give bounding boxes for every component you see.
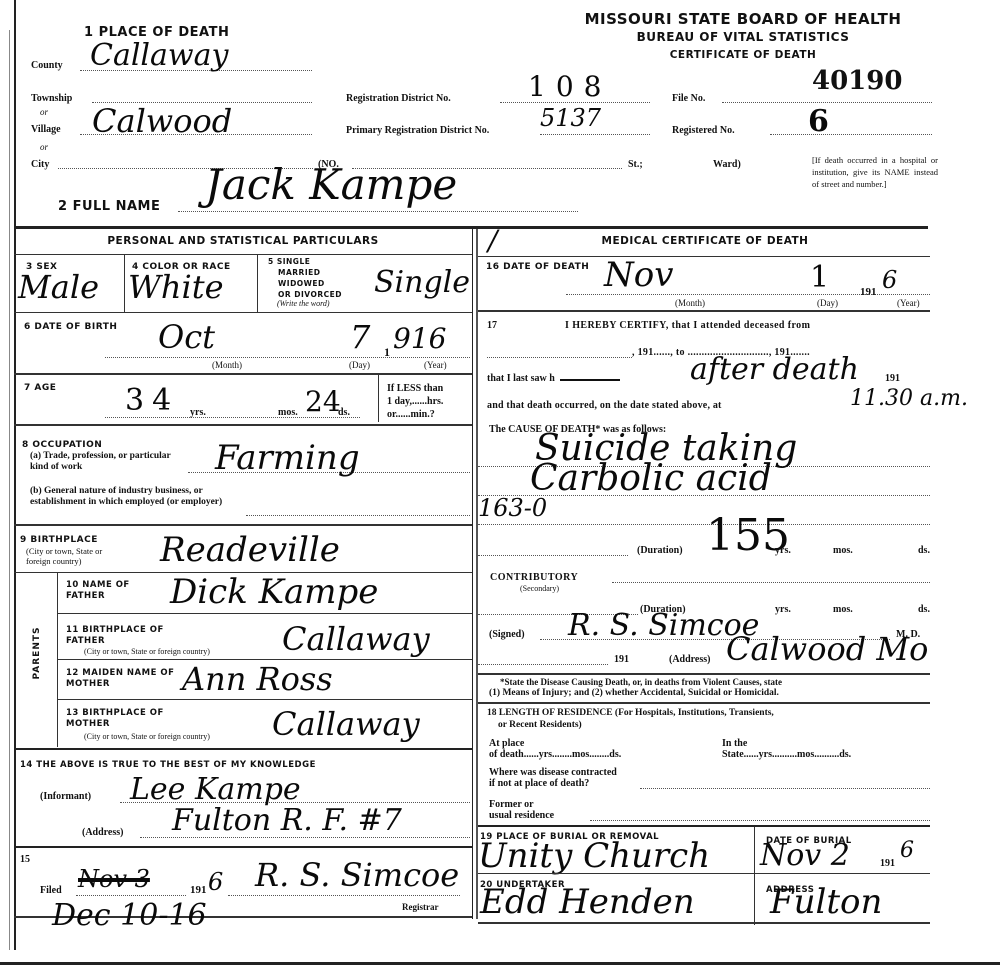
filed-line <box>76 895 186 896</box>
village-label: Village <box>31 124 61 135</box>
st-label: St.; <box>628 159 643 170</box>
signed-year: 191 <box>614 654 629 665</box>
signed-date-line <box>478 664 608 665</box>
certify-from-line <box>487 357 632 358</box>
age-less-divider <box>378 375 379 422</box>
parents-bottom-rule <box>14 748 472 750</box>
row6-rule <box>14 373 472 375</box>
page-bottom-edge <box>0 962 1000 965</box>
cause-line-2-value: Carbolic acid <box>530 458 772 499</box>
occupation-b-label: (b) General nature of industry business,… <box>30 486 240 507</box>
less-than-0: If LESS than <box>387 383 443 394</box>
dod-month-caption: (Month) <box>675 298 705 308</box>
burial-bottom-rule <box>478 922 930 924</box>
file-no-line <box>722 102 932 103</box>
registrar-line <box>228 895 460 896</box>
duration-mos: mos. <box>833 545 853 556</box>
row16-rule <box>478 310 930 312</box>
dod-year-caption: (Year) <box>897 298 920 308</box>
less-than-1: 1 day,......hrs. <box>387 396 443 407</box>
certify-number: 17 <box>487 320 497 331</box>
row12-rule <box>57 699 472 700</box>
in-state-1: In the <box>722 738 747 749</box>
medical-section-title: MEDICAL CERTIFICATE OF DEATH <box>480 235 930 247</box>
filed-label: Filed <box>40 885 62 896</box>
birthplace-label: 9 BIRTHPLACE <box>20 535 98 545</box>
marital-label-3: OR DIVORCED <box>278 290 342 299</box>
last-saw-value: after death <box>690 352 859 387</box>
row3-rule <box>14 312 472 313</box>
marital-label-1: MARRIED <box>278 268 320 277</box>
filing-annotation: Dec 10-16 <box>52 898 207 933</box>
occupation-a-label: (a) Trade, profession, or particular kin… <box>30 451 190 473</box>
bureau-title: BUREAU OF VITAL STATISTICS <box>548 30 938 44</box>
marital-label-0: 5 SINGLE <box>268 257 310 266</box>
township-label: Township <box>31 93 72 104</box>
at-place-2: of death......yrs........mos........ds. <box>489 749 621 760</box>
burial-year: 6 <box>900 838 914 863</box>
occupation-a-value: Farming <box>215 438 360 478</box>
dod-day: 1 <box>810 260 829 295</box>
at-place-1: At place <box>489 738 524 749</box>
dob-month-caption: (Month) <box>212 360 242 370</box>
burial-place-value: Unity Church <box>478 836 710 876</box>
dod-day-caption: (Day) <box>817 298 838 308</box>
informant-label: (Informant) <box>40 791 91 802</box>
full-name-value: Jack Kampe <box>205 160 457 209</box>
undertaker-value: Edd Henden <box>480 882 695 922</box>
race-value: White <box>128 268 224 306</box>
informant-address-label: (Address) <box>82 827 123 838</box>
registration-district-value: 108 <box>528 70 611 103</box>
burial-year-prefix: 191 <box>880 858 895 869</box>
residence-bottom-rule <box>478 825 930 827</box>
or-label-1: or <box>40 107 48 117</box>
birthplace-sub: (City or town, State or foreign country) <box>26 546 126 566</box>
filed-year: 6 <box>208 868 223 896</box>
registered-no-value: 6 <box>808 104 829 139</box>
file-no-label: File No. <box>672 93 705 104</box>
registered-no-label: Registered No. <box>672 125 735 136</box>
sex-race-divider <box>124 254 125 312</box>
footnote-line-1: *State the Disease Causing Death, or, in… <box>500 677 782 687</box>
race-marital-divider <box>257 254 258 312</box>
last-saw-strike <box>560 379 620 381</box>
physician-address-value: Calwood Mo <box>726 630 928 668</box>
contributory-mos: mos. <box>833 604 853 615</box>
hospital-note: [If death occurred in a hospital or inst… <box>812 154 938 190</box>
duration-yrs: yrs. <box>775 545 791 556</box>
file-no-value: 40190 <box>812 66 902 96</box>
personal-section-title: PERSONAL AND STATISTICAL PARTICULARS <box>14 235 472 247</box>
medical-title-rule <box>478 256 930 257</box>
dod-month: Nov <box>604 255 673 295</box>
age-ds-label: ds. <box>338 407 350 418</box>
dob-year: 916 <box>393 322 446 355</box>
dob-day: 7 <box>350 318 370 356</box>
burial-date-value: Nov 2 <box>760 838 850 873</box>
contributory-ds: ds. <box>918 604 930 615</box>
sex-value: Male <box>18 268 99 306</box>
contracted-2: if not at place of death? <box>489 778 589 789</box>
board-title: MISSOURI STATE BOARD OF HEALTH <box>548 10 938 28</box>
residence-label-1: 18 LENGTH OF RESIDENCE (For Hospitals, I… <box>487 708 774 718</box>
dob-label: 6 DATE OF BIRTH <box>24 322 117 332</box>
dob-year-prefix: 1 <box>384 345 390 360</box>
burial-mid-rule <box>478 873 930 874</box>
signed-label: (Signed) <box>489 629 525 640</box>
signed-bottom-rule <box>478 673 930 675</box>
contributory-yrs: yrs. <box>775 604 791 615</box>
duration-line-pre <box>478 555 628 556</box>
residence-label-2: or Recent Residents) <box>498 720 582 730</box>
occupation-label: 8 OCCUPATION <box>22 440 102 450</box>
or-label-2: or <box>40 142 48 152</box>
primary-registration-label: Primary Registration District No. <box>346 125 489 136</box>
father-birthplace-value: Callaway <box>282 620 430 658</box>
age-mos-label: mos. <box>278 407 298 418</box>
mother-birthplace-label: 13 BIRTHPLACE OF MOTHER <box>66 708 166 730</box>
certificate-title: CERTIFICATE OF DEATH <box>548 49 938 61</box>
age-yrs-label: yrs. <box>190 407 206 418</box>
former-line <box>590 820 930 821</box>
time-value: 11.30 a.m. <box>850 386 968 411</box>
birthplace-value: Readeville <box>160 530 340 570</box>
full-name-label: 2 FULL NAME <box>58 199 160 214</box>
filed-year-prefix: 191 <box>190 884 207 896</box>
contributory-line <box>612 582 930 583</box>
former-1: Former or <box>489 799 534 810</box>
parents-side-label: PARENTS <box>32 618 42 688</box>
father-name-label: 10 NAME OF FATHER <box>66 580 136 602</box>
contributory-label: CONTRIBUTORY <box>490 572 578 583</box>
primary-registration-value: 5137 <box>540 104 601 132</box>
contracted-1: Where was disease contracted <box>489 767 617 778</box>
in-state-2: State......yrs..........mos..........ds. <box>722 749 851 760</box>
burial-divider <box>754 827 755 925</box>
informant-bottom-rule <box>14 846 472 848</box>
registered-no-line <box>770 134 932 135</box>
mother-maiden-value: Ann Ross <box>182 660 333 698</box>
row10-rule <box>57 613 472 614</box>
filing-number: 15 <box>20 854 30 865</box>
row7-rule <box>14 424 472 426</box>
left-col-right-edge <box>472 229 473 919</box>
footnote-line-2: (1) Means of Injury; and (2) whether Acc… <box>489 688 779 698</box>
mother-birthplace-value: Callaway <box>272 705 420 743</box>
contracted-line <box>640 788 930 789</box>
occurred-text: and that death occurred, on the date sta… <box>487 400 722 411</box>
former-2: usual residence <box>489 810 554 821</box>
certify-text: I HEREBY CERTIFY, that I attended deceas… <box>565 320 810 331</box>
county-value: Callaway <box>90 38 228 73</box>
dob-line <box>105 357 470 358</box>
cause-line-3 <box>478 524 930 525</box>
county-label: County <box>31 60 63 71</box>
informant-statement: 14 THE ABOVE IS TRUE TO THE BEST OF MY K… <box>20 760 316 770</box>
footnote-bottom-rule <box>478 702 930 704</box>
city-label: City <box>31 159 49 170</box>
last-saw-year: 191 <box>885 373 900 384</box>
age-days: 24 <box>305 385 341 418</box>
mother-maiden-label: 12 MAIDEN NAME OF MOTHER <box>66 668 176 690</box>
registrar-signature: R. S. Simcoe <box>255 856 459 894</box>
left-border <box>14 0 16 950</box>
age-years: 34 <box>125 383 179 418</box>
less-than-2: or......min.? <box>387 409 435 420</box>
full-name-line <box>178 211 578 212</box>
duration-ds: ds. <box>918 545 930 556</box>
dod-year: 6 <box>882 266 897 294</box>
personal-title-rule <box>14 254 472 255</box>
header-divider <box>14 226 928 229</box>
undertaker-address-value: Fulton <box>770 882 882 922</box>
row8-rule <box>14 524 472 526</box>
village-value: Calwood <box>92 102 232 140</box>
cause-code: 163-0 <box>478 494 547 522</box>
primary-registration-line <box>540 134 650 135</box>
center-divider <box>476 229 478 919</box>
informant-value: Lee Kampe <box>130 772 301 807</box>
physician-address-label: (Address) <box>669 654 710 665</box>
occupation-b-line <box>246 515 470 516</box>
registration-district-label: Registration District No. <box>346 93 451 104</box>
dob-month: Oct <box>158 318 215 356</box>
secondary-label: (Secondary) <box>520 584 559 593</box>
marital-value: Single <box>374 265 470 300</box>
informant-address-value: Fulton R. F. #7 <box>172 803 402 838</box>
father-birthplace-label: 11 BIRTHPLACE OF FATHER <box>66 625 166 647</box>
dod-year-prefix: 191 <box>860 286 877 298</box>
marital-label-2: WIDOWED <box>278 279 325 288</box>
filed-date-struck: Nov 3 <box>78 865 150 893</box>
dob-day-caption: (Day) <box>349 360 370 370</box>
last-saw-label: that I last saw h <box>487 373 555 384</box>
father-birthplace-sub: (City or town, State or foreign country) <box>84 647 210 656</box>
marital-write-hint: (Write the word) <box>277 299 330 308</box>
age-label: 7 AGE <box>24 383 56 393</box>
registrar-label: Registrar <box>402 902 438 912</box>
mother-birthplace-sub: (City or town, State or foreign country) <box>84 732 210 741</box>
ward-label: Ward) <box>713 159 741 170</box>
dod-label: 16 DATE OF DEATH <box>486 262 589 272</box>
father-name-value: Dick Kampe <box>170 572 378 612</box>
dob-year-caption: (Year) <box>424 360 447 370</box>
left-margin-line <box>9 30 10 950</box>
duration-label: (Duration) <box>637 545 683 556</box>
